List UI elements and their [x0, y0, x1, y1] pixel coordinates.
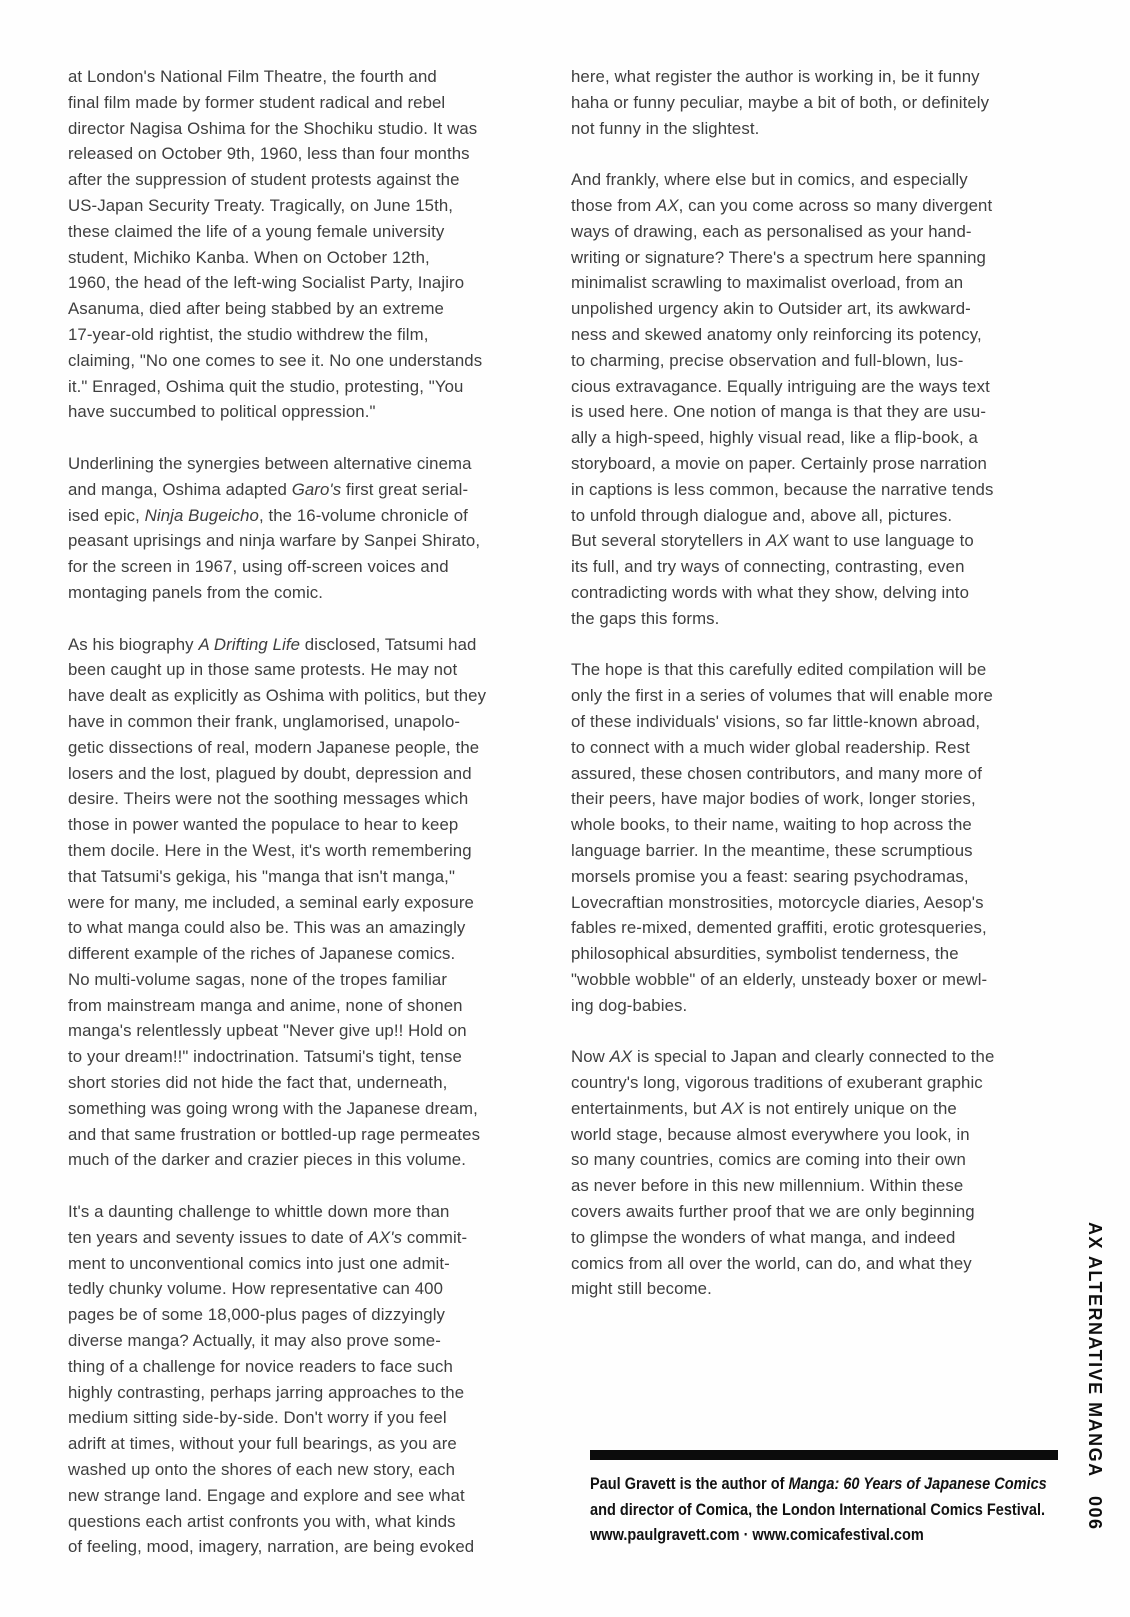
paragraph: As his biography A Drifting Life disclos… — [68, 632, 542, 1174]
footer-divider — [590, 1450, 1058, 1460]
paragraph: here, what register the author is workin… — [571, 64, 1045, 141]
footer-credits: Paul Gravett is the author of Manga: 60 … — [590, 1450, 1060, 1549]
left-column: at London's National Film Theatre, the f… — [68, 64, 542, 1586]
paragraph: at London's National Film Theatre, the f… — [68, 64, 542, 425]
author-credit-text: Paul Gravett is the author of Manga: 60 … — [590, 1472, 1062, 1549]
paragraph: And frankly, where else but in comics, a… — [571, 167, 1045, 631]
spine-page-number: 006 — [1084, 1496, 1105, 1531]
paragraph: The hope is that this carefully edited c… — [571, 657, 1045, 1018]
paragraph: Underlining the synergies between altern… — [68, 451, 542, 606]
spine-book-title: AX ALTERNATIVE MANGA — [1084, 1222, 1105, 1478]
right-column: here, what register the author is workin… — [571, 64, 1045, 1328]
paragraph: Now AX is special to Japan and clearly c… — [571, 1044, 1045, 1302]
paragraph: It's a daunting challenge to whittle dow… — [68, 1199, 542, 1560]
book-page: at London's National Film Theatre, the f… — [0, 0, 1130, 1617]
